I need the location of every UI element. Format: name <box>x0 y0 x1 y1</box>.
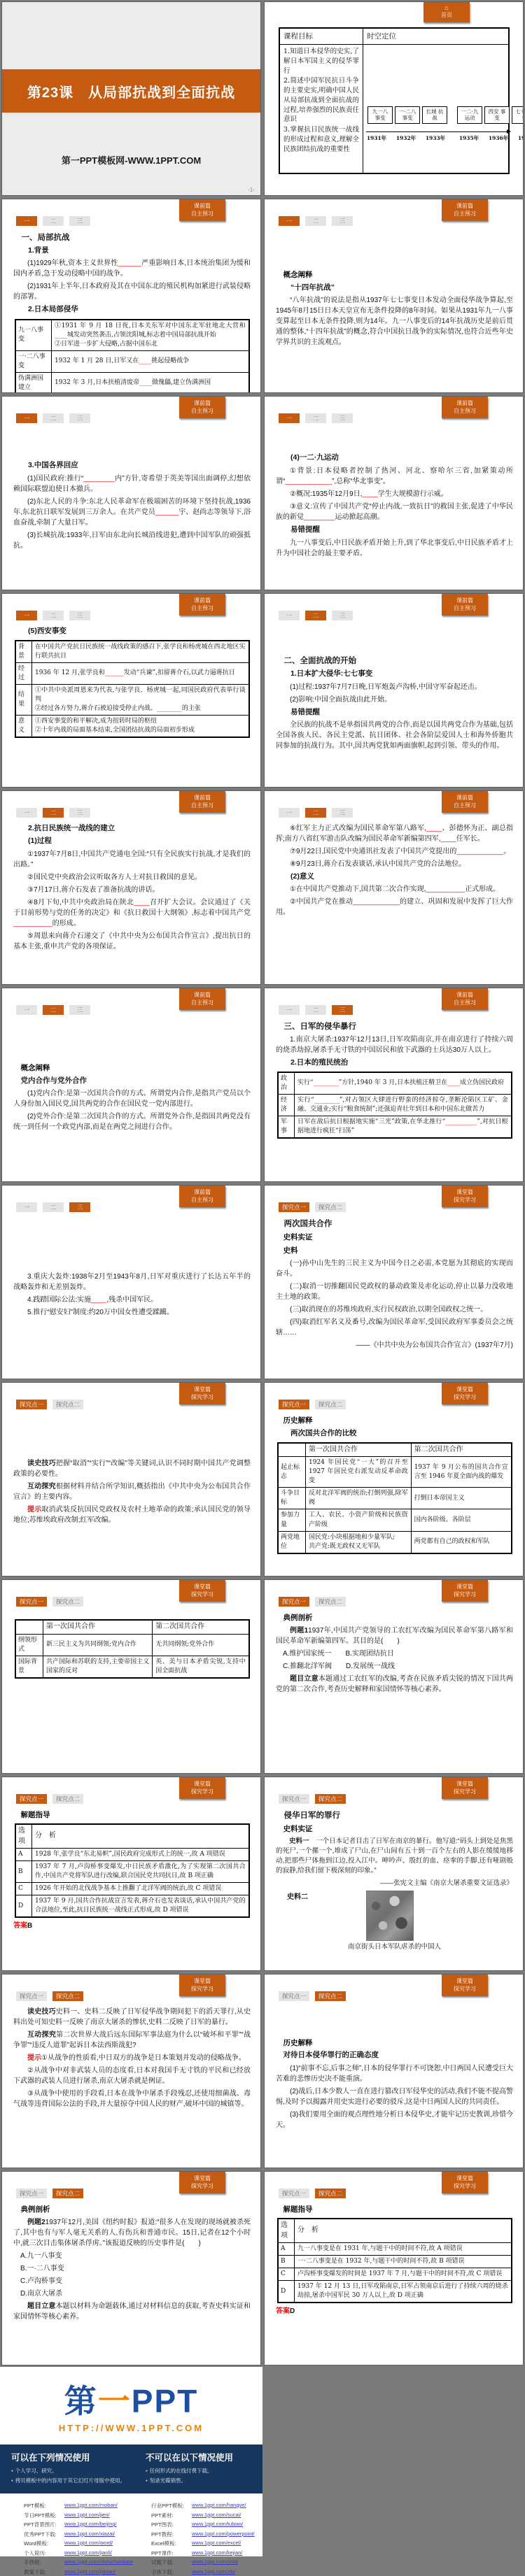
para: (2)1931年上半年,日本政府及其在中国东北的殖民机构加紧进行武装侵略的部署。 <box>13 281 251 302</box>
col-header-timeline: 时空定位 <box>363 28 510 45</box>
nav-tabs: 探究点一 探究点二 <box>279 1202 346 1212</box>
footer-link[interactable]: www.1ppt.com/jianli/ <box>64 2549 112 2557</box>
timeline-event: 七七 事变 <box>512 106 524 124</box>
para: (四)取消红军名义及番号,改编为国民革命军,受国民政府军事委员会之统辖…… <box>276 1317 513 1338</box>
tab-one[interactable]: 一 <box>16 808 37 818</box>
section-corner-tab[interactable]: 课堂篇探究学习 <box>179 1777 225 1799</box>
para: ①背景:日本侵略者控制了热河、河北、察哈尔三省,加紧策动所谓“_________… <box>276 466 513 487</box>
year: 1937年 <box>516 134 524 142</box>
para: ①1937年7月8日,中国共产党通电全国:“只有全民族实行抗战,才是我们的出路。… <box>13 849 251 870</box>
para: (3)长城抗战:1933年,日军由东北向长城沿线进犯,遭到中国军队的顽强抵抗。 <box>13 530 251 551</box>
year: 1931年 <box>365 134 388 142</box>
tab-three[interactable]: 三 <box>332 611 353 620</box>
section-corner-tab[interactable]: 课前篇自主预习 <box>179 199 225 221</box>
para: 5.推行“慰安妇”制度:约20万中国女性遭受蹂躏。 <box>13 1307 251 1318</box>
tab-explore-1[interactable]: 探究点一 <box>279 1991 309 2001</box>
slide-answer-guide-1: 课堂篇探究学习 探究点一 探究点二 解题指导 选项分 析 A1928 年,张学良… <box>1 1777 261 1971</box>
forbidden-title: 不可以在以下情况使用 <box>146 2451 254 2463</box>
para: 互动探究第二次世界大战后远东国际军事法庭为什么以“破坏和平罪”“战争罪”“违反人… <box>13 2030 251 2051</box>
year: 1932年 <box>394 134 418 142</box>
nav-tabs: 探究点一 探究点二 <box>279 1991 346 2001</box>
footer-link[interactable]: www.1ppt.com/shouchaobao/ <box>64 2559 133 2566</box>
subheading: 3.中国各界回应 <box>13 460 251 471</box>
material-two-row: 史料二 <box>276 1891 513 1941</box>
slide-xian-incident: 课前篇自主预习 一 二 三 (5)西安事变 背景在中国共产党抗日民族统一战线政策… <box>1 593 261 788</box>
tab-two[interactable]: 二 <box>43 413 64 423</box>
footer-link[interactable]: www.1ppt.com/sucai/ <box>192 2512 241 2519</box>
tab-one[interactable]: 一 <box>16 413 37 423</box>
slide-comparison-table-1: 课堂篇探究学习 探究点一 探究点二 历史解释 两次国共合作的比较 第一次国共合作… <box>264 1382 524 1577</box>
source-citation: ——张宪文主编《南京大屠杀重要文证选录》 <box>276 1879 513 1888</box>
subheading: (5)西安事变 <box>13 626 251 637</box>
timeline-event: 一·二八 事变 <box>395 106 420 124</box>
warning-tag: 易错提醒 <box>276 525 513 536</box>
tab-explore-2[interactable]: 探究点二 <box>315 1991 346 2001</box>
option: A.九一八事变 <box>13 2251 251 2261</box>
allowed-title: 可以在下列情况使用 <box>11 2451 130 2463</box>
tab-one[interactable]: 一 <box>16 611 37 620</box>
tab-one[interactable]: 一 <box>16 1005 37 1015</box>
para: ⑦9月22日,国民党中央通讯社发表了中国共产党提出的____________。 <box>276 846 513 857</box>
para: ⑤周恩来向蒋介石递交了《中共中央为公布国共合作宣言》,提出抗日的基本主张,重申共… <box>13 931 251 952</box>
answer-letter: B <box>27 1922 32 1930</box>
answer-line: 答案B <box>13 1921 251 1931</box>
photo-caption: 南京街头日本军队虐杀的中国人 <box>276 1942 513 1952</box>
subheading: 对待日本侵华罪行的正确态度 <box>276 2050 513 2061</box>
nav-tabs: 一 二 三 <box>279 1005 353 1015</box>
tab-explore-1[interactable]: 探究点一 <box>279 2189 309 2198</box>
material-tag: 史料 <box>276 1245 513 1255</box>
forbidden-item: 刻录光碟销售。 <box>146 2477 254 2484</box>
para: (2)战后,日本少数人一直在进行篡改日军侵华史的活动,我们不能不提高警惕,及时予… <box>276 2086 513 2107</box>
para: (一)孙中山先生的三民主义为中国今日之必需,本党愿为其彻底的实现而奋斗。 <box>276 1258 513 1279</box>
answer-line: 答案D <box>276 2306 513 2317</box>
footer-link[interactable]: www.1ppt.com/xiazai/ <box>64 2531 115 2538</box>
tab-explore-2[interactable]: 探究点二 <box>52 1794 83 1804</box>
site-logo: 第一PPT <box>0 2367 262 2417</box>
tab-three[interactable]: 三 <box>69 216 90 226</box>
footer-link[interactable]: www.1ppt.com/moban/ <box>64 2502 118 2510</box>
tab-one[interactable]: 一 <box>16 1202 37 1212</box>
example-tag: 典例剖析 <box>276 1612 513 1623</box>
slide-overview: ⌂ 首页 课程目标 时空定位 1.知道日本侵华的史实,了解日本军国主义的侵华罪行… <box>264 1 524 196</box>
heading: 两次国共合作 <box>276 1218 513 1229</box>
subheading: “十四年抗战” <box>276 283 513 294</box>
para: ⑥红军主力正式改编为国民革命军第八路军,____、彭德怀为正、副总指挥;南方八省… <box>276 823 513 844</box>
subheading: (2)意义 <box>276 871 513 883</box>
nav-tabs: 一 二 三 <box>16 413 90 423</box>
question-stem: 例题11937年,中国共产党领导的工农红军改编为国民革命军第八路军和国民革命军新… <box>276 1625 513 1646</box>
tab-three[interactable]: 三 <box>332 216 353 226</box>
timeline-event: 西安 事变 <box>484 106 510 124</box>
footer-link[interactable]: www.1ppt.com/ziti/ <box>192 2568 235 2576</box>
goal: 2.简述中国军民抗日斗争的主要史实,明确中国人民从局部抗战到全面抗战的过程,培养… <box>283 76 359 124</box>
timeline-cell: 九一八 事变 一·二八 事变 长城 抗战 一二·九 运动 西安 事变 七七 事变… <box>363 45 510 174</box>
footer-link[interactable]: www.1ppt.com/excel/ <box>192 2540 241 2547</box>
nav-tabs: 探究点一 探究点二 <box>16 1991 83 2001</box>
footer-link[interactable]: www.1ppt.com/jieri/ <box>64 2512 110 2519</box>
nav-tabs: 一 二 三 <box>279 413 353 423</box>
course-goals: 1.知道日本侵华的史实,了解日本军国主义的侵华罪行 2.简述中国军民抗日斗争的主… <box>279 45 363 174</box>
site-credit: 第一PPT模板网-WWW.1PPT.COM <box>2 153 260 166</box>
footer-link[interactable]: www.1ppt.com/powerpoint/ <box>192 2531 255 2538</box>
year: 1936年 <box>486 134 510 142</box>
footer-link[interactable]: www.1ppt.com/hangye/ <box>192 2502 246 2510</box>
nav-tabs: 一 二 三 <box>16 216 90 226</box>
para: (三)取消现在的苏维埃政府,实行民权政治,以期全国政权之统一。 <box>276 1304 513 1315</box>
nav-tabs: 一 二 三 <box>16 808 90 818</box>
guide-tag: 解题指导 <box>13 1809 251 1820</box>
evidence-tag: 史料实证 <box>276 1823 513 1834</box>
timeline-event: 一二·九 运动 <box>457 106 482 124</box>
slide-local-resistance: 课前篇自主预习 一 二 三 一、局部抗战 1.背景 (1)1929年秋,资本主义… <box>1 199 261 393</box>
tab-three[interactable]: 三 <box>69 611 90 620</box>
section-corner-tab[interactable]: 课前篇自主预习 <box>179 594 225 615</box>
colonial-rule-table: 政治实行“________”方针,1940 年 3 月,日本扶植汪精卫在____… <box>277 1072 512 1139</box>
nav-tabs: 一 二 三 <box>279 808 353 818</box>
tab-three[interactable]: 三 <box>332 413 353 423</box>
para: 读史技巧把握“取消”“实行”“改编”等关键词,认识不同时期中国共产党调整政策的必… <box>13 1458 251 1479</box>
footer-link[interactable]: www.1ppt.com/kejian/ <box>192 2549 243 2557</box>
section-corner-tab[interactable]: 课堂篇探究学习 <box>442 1383 488 1404</box>
heading: 三、日军的侵华暴行 <box>276 1020 513 1032</box>
slide-attitude: 课堂篇探究学习 探究点一 探究点二 历史解释 对待日本侵华罪行的正确态度 (1)… <box>264 1974 524 2168</box>
tab-three[interactable]: 三 <box>332 1005 353 1015</box>
para: (3)我们要用全面的观点理性地分析日本侵华史,才能牢记历史教训,珍惜今天。 <box>276 2109 513 2130</box>
forbidden-item: 任何形式的在线付费下载。 <box>146 2467 254 2475</box>
slide-united-front-2: 课前篇自主预习 一 二 三 ⑥红军主力正式改编为国民革命军第八路军,____、彭… <box>264 790 524 985</box>
tab-explore-1[interactable]: 探究点一 <box>16 1597 47 1607</box>
tab-explore-2[interactable]: 探究点二 <box>52 1991 83 2001</box>
concept-tag: 概念阐释 <box>276 269 513 280</box>
hint-para: 提示①从战争的性质看,中日双方的战争是日本策划并发动的侵略战争。 <box>13 2053 251 2063</box>
subheading: 1.日本扩大侵华:七七事变 <box>276 669 513 680</box>
tab-explore-1[interactable]: 探究点一 <box>16 1794 47 1804</box>
para: 读史技巧史料一、史料二反映了日军侵华战争期间犯下的滔天罪行,从史料出处可知史料一… <box>13 2007 251 2028</box>
title-band: 第23课 从局部抗战到全面抗战 <box>2 69 260 113</box>
nav-tabs: 一 二 三 <box>279 216 353 226</box>
col-header-goals: 课程目标 <box>279 28 363 45</box>
site-url[interactable]: HTTP://WWW.1PPT.COM <box>0 2423 262 2433</box>
para: “八年抗战”的说法是指从1937年七七事变日本发动全面侵华战争算起,至1945年… <box>276 295 513 348</box>
page-number: -1- <box>248 187 255 193</box>
nav-tabs: 探究点一 探究点二 <box>16 1597 83 1607</box>
tab-three[interactable]: 三 <box>69 413 90 423</box>
hint-para: 提示取消武装反抗国民党政权及农村土地革命的政策;承认国民党的领导地位;苏维埃政府… <box>13 1504 251 1525</box>
slide-japanese-crimes: 课堂篇探究学习 探究点一 探究点二 侵华日军的罪行 史料实证 史料一 一个日本记… <box>264 1777 524 1971</box>
tab-two[interactable]: 二 <box>43 611 64 620</box>
allowed-item: 拷贝模板中的内容用于其它幻灯片母版中使用。 <box>11 2477 130 2484</box>
goal: 1.知道日本侵华的史实,了解日本军国主义的侵华罪行 <box>283 47 359 76</box>
question-stem: 例题21937年12月,美国《纽约时报》报道:“很多人在发现的现场就被杀死了,其… <box>13 2217 251 2249</box>
intent-para: 题目立意本题以材料为命题载体,通过对材料信息的获取,考查史料实证和家国情怀等核心… <box>13 2301 251 2322</box>
guide-tag: 解题指导 <box>276 2204 513 2214</box>
slide-dec9-movement: 课前篇自主预习 一 二 三 (4)一二·九运动 ①背景:日本侵略者控制了热河、河… <box>264 396 524 590</box>
slide-reading-skill-1: 课堂篇探究学习 探究点一 探究点二 读史技巧把握“取消”“实行”“改编”等关键词… <box>1 1382 261 1577</box>
site-footer: 第一PPT HTTP://WWW.1PPT.COM 可以在下列情况使用 个人学习… <box>0 2367 262 2556</box>
tab-two[interactable]: 二 <box>43 808 64 818</box>
material-para: 史料一 一个日本记者目击了日军在南京的暴行。他写道:“码头上到处是焦黑的死尸,一… <box>276 1837 513 1877</box>
option: B.一·二八事变 <box>13 2263 251 2274</box>
section-corner-tab[interactable]: 课前篇自主预习 <box>442 397 488 418</box>
slide-example-2: 课堂篇探究学习 探究点一 探究点二 典例剖析 例题21937年12月,美国《纽约… <box>1 2171 261 2365</box>
section-corner-tab[interactable]: 课堂篇探究学习 <box>179 1383 225 1404</box>
nav-tabs: 探究点一 探究点二 <box>16 1400 83 1409</box>
warning-tag: 易错提醒 <box>276 707 513 718</box>
heading: 二、全面抗战的开始 <box>276 655 513 666</box>
footer-links: PPT模板:www.1ppt.com/moban/ 节日PPT模板:www.1p… <box>0 2493 262 2576</box>
interpretation-tag: 历史解释 <box>276 1415 513 1425</box>
home-icon: ⌂ <box>428 5 465 11</box>
slide-title: 第23课 从局部抗战到全面抗战 第一PPT模板网-WWW.1PPT.COM -1… <box>1 1 261 196</box>
section-corner-tab[interactable]: 课堂篇探究学习 <box>442 1186 488 1207</box>
para: (1)“前事不忘,后事之师”,日本的侵华罪行不可饶恕,中日两国人民遭受巨大苦难的… <box>276 2063 513 2084</box>
tab-explore-1[interactable]: 探究点一 <box>279 1794 309 1804</box>
tab-explore-1[interactable]: 探究点一 <box>16 1991 47 2001</box>
nav-tabs: 探究点一 探究点二 <box>16 2189 83 2198</box>
slide-answer-guide-2: 课堂篇探究学习 探究点一 探究点二 解题指导 选项分 析 A九一八事变是在 19… <box>264 2171 524 2365</box>
interpretation-tag: 历史解释 <box>276 2037 513 2048</box>
options-row: A.维护国家统一 B.实现团结抗日 <box>276 1649 513 1659</box>
tab-explore-2[interactable]: 探究点二 <box>315 2189 346 2198</box>
slide-two-cooperations-material: 课堂篇探究学习 探究点一 探究点二 两次国共合作 史料实证 史料 (一)孙中山先… <box>264 1185 524 1379</box>
timeline-event: 长城 抗战 <box>422 106 447 124</box>
example-tag: 典例剖析 <box>13 2204 251 2214</box>
tab-two[interactable]: 二 <box>43 1202 64 1212</box>
section-corner-tab[interactable]: 课堂篇探究学习 <box>442 2172 488 2193</box>
tab-three[interactable]: 三 <box>69 1202 90 1212</box>
subheading: (4)一二·九运动 <box>276 453 513 464</box>
section-corner-tab[interactable]: 课堂篇探究学习 <box>442 1974 488 1996</box>
tab-three[interactable]: 三 <box>332 808 353 818</box>
footer-link[interactable]: www.1ppt.com/jiaoan/ <box>64 2568 115 2576</box>
nav-tabs: 一 二 三 <box>16 1005 90 1015</box>
allowed-item: 个人学习、研究。 <box>11 2467 130 2475</box>
para: (2)影响:中国全面抗战由此开始。 <box>276 695 513 705</box>
tab-one[interactable]: 一 <box>279 413 300 423</box>
nav-tabs: 探究点一 探究点二 <box>279 2189 346 2198</box>
section-corner-tab[interactable]: 课堂篇探究学习 <box>179 1580 225 1602</box>
subheading: 1.背景 <box>13 245 251 257</box>
tab-two[interactable]: 二 <box>305 413 326 423</box>
tab-explore-2[interactable]: 探究点二 <box>315 1202 346 1212</box>
slide-concept-cooperation: 课前篇自主预习 一 二 三 概念阐释 党内合作与党外合作 (1)党内合作:是第一… <box>1 988 261 1182</box>
goal: 3.掌握抗日民族统一战线的形成过程和意义,理解全民族团结抗战的重要性 <box>283 125 359 154</box>
tab-explore-2[interactable]: 探究点二 <box>52 1400 83 1409</box>
overview-table: 课程目标 时空定位 1.知道日本侵华的史实,了解日本军国主义的侵华罪行 2.简述… <box>279 27 510 174</box>
events-table: 九一八事变①1931 年 9 月 18 日夜,日本关东军对中国东北军驻地北大营和… <box>15 319 250 394</box>
para: ②中国共产党在推动____________的建立、巩固和发展中发挥了巨大作用。 <box>276 897 513 918</box>
tab-two[interactable]: 二 <box>305 216 326 226</box>
footer-link[interactable]: www.1ppt.com/word/ <box>64 2540 113 2547</box>
slide-comparison-table-2: 课堂篇探究学习 探究点一 探究点二 第一次国共合作第二次国共合作 纲领形式新三民… <box>1 1579 261 1774</box>
section-corner-tab[interactable]: 课前篇自主预习 <box>442 594 488 615</box>
para: ①在中国共产党推动下,国共第二次合作实现,__________正式形成。 <box>276 884 513 895</box>
tab-one[interactable]: 一 <box>279 216 300 226</box>
timeline: 九一八 事变 一·二八 事变 长城 抗战 一二·九 运动 西安 事变 七七 事变 <box>367 106 524 124</box>
section-corner-tab[interactable]: 课堂篇探究学习 <box>179 1974 225 1996</box>
nav-tabs: 一 二 三 <box>279 611 353 620</box>
para: (1)国民政府:推行“________内”方针,寄希望于英美等国出面调停,幻想依… <box>13 474 251 494</box>
timeline-years: 1931年 1932年 1933年 1935年 1936年 1937年 <box>365 134 524 142</box>
tab-two[interactable]: 二 <box>43 216 64 226</box>
subheading: 2.日本局部侵华 <box>13 304 251 315</box>
subheading: 2.日本的殖民统治 <box>276 1058 513 1069</box>
timeline-event: 九一八 事变 <box>367 106 393 124</box>
answer-letter: D <box>290 2307 295 2315</box>
section-corner-tab[interactable]: 课堂篇探究学习 <box>179 2172 225 2193</box>
answer-analysis-table: 选项分 析 A1928 年,张学良“东北易帜”,国民政府完成形式上的统一,故 A… <box>15 1823 250 1918</box>
slide-preview-grid: 第23课 从局部抗战到全面抗战 第一PPT模板网-WWW.1PPT.COM -1… <box>0 0 525 2367</box>
slide-reading-skill-2: 课堂篇探究学习 探究点一 探究点二 读史技巧史料一、史料二反映了日军侵华战争期间… <box>1 1974 261 2168</box>
nav-tabs: 一 二 三 <box>16 611 90 620</box>
xian-table: 背景在中国共产党抗日民族统一战线政策的感召下,张学良和杨虎城在西北地区实行联共抗… <box>15 640 250 738</box>
nav-tabs: 探究点一 探究点二 <box>279 1794 346 1804</box>
material-label: 史料二 <box>287 1891 308 1901</box>
source-citation: ——《中共中央为公布国共合作宣言》(1937年7月) <box>276 1340 513 1351</box>
slide-concept-14yr: 课前篇自主预习 一 二 三 概念阐释 “十四年抗战” “八年抗战”的说法是指从1… <box>264 199 524 393</box>
para: ②从战争中对非武装人员的态度看,日本对我国手无寸铁的平民和已经放下武器的武装人员… <box>13 2065 251 2086</box>
section-corner-tab[interactable]: 课前篇自主预习 <box>442 199 488 221</box>
nav-tabs: 探究点一 探究点二 <box>279 1400 346 1409</box>
nav-tabs: 探究点一 探究点二 <box>279 1597 346 1607</box>
comparison-table: 第一次国共合作第二次国共合作 起止标志1924 年国民党“一大”的召开至 192… <box>277 1442 512 1554</box>
subheading: 两次国共合作的比较 <box>276 1428 513 1439</box>
para: (1)1929年秋,资本主义世界性______严重影响日本,日本统治集团为缓和国… <box>13 258 251 279</box>
slide-atrocities: 课前篇自主预习 一 二 三 三、日军的侵华暴行 1.南京大屠杀:1937年12月… <box>264 988 524 1182</box>
footer-link[interactable]: www.1ppt.com/tubiao/ <box>192 2521 243 2528</box>
evidence-tag: 史料实证 <box>276 1232 513 1242</box>
tab-explore-1[interactable]: 探究点一 <box>279 1400 309 1409</box>
nav-tabs: 探究点一 探究点二 <box>16 1794 83 1804</box>
slide-full-war-begins: 课前篇自主预习 一 二 三 二、全面抗战的开始 1.日本扩大侵华:七七事变 (1… <box>264 593 524 788</box>
option: D.南京大屠杀 <box>13 2289 251 2299</box>
section-corner-tab[interactable]: 课堂篇探究学习 <box>442 1580 488 1602</box>
section-corner-tab[interactable]: 课前篇自主预习 <box>442 988 488 1010</box>
historical-photo <box>366 1891 414 1941</box>
tab-two[interactable]: 二 <box>43 1005 64 1015</box>
para: ②国民党中央政治会议听取各方人士对抗日救国的意见。 <box>13 872 251 883</box>
para: 九一八事变后,中日民族矛盾开始上升,到了华北事变后,中日民族矛盾才上升为中国社会… <box>276 538 513 559</box>
para: 3.重庆大轰炸:1938年2月至1943年8月,日军对重庆进行了长达五年半的战略… <box>13 1272 251 1293</box>
para: ⑧9月23日,蒋介石发表谈话,承认中国共产党的合法地位。 <box>276 859 513 869</box>
tab-two[interactable]: 二 <box>305 1005 326 1015</box>
para: ②概况:1935年12月9日,____学生大规模游行示威。 <box>276 489 513 499</box>
tab-explore-1[interactable]: 探究点一 <box>16 2189 47 2198</box>
para: 1.南京大屠杀:1937年12月13日,日军攻陷南京,并在南京进行了持续六周的烧… <box>276 1034 513 1055</box>
tab-explore-2[interactable]: 探究点二 <box>52 2189 83 2198</box>
home-label: 首页 <box>428 11 465 19</box>
answer-analysis-table: 选项分 析 A九一八事变是在 1931 年,与题干中的时间不符,故 A 项错误 … <box>277 2218 512 2303</box>
timeline-axis-arrow <box>366 131 509 132</box>
section-corner-tab[interactable]: 课前篇自主预习 <box>179 988 225 1010</box>
slide-atrocities-2: 课前篇自主预习 一 二 三 3.重庆大轰炸:1938年2月至1943年8月,日军… <box>1 1185 261 1379</box>
slide-example-1: 课堂篇探究学习 探究点一 探究点二 典例剖析 例题11937年,中国共产党领导的… <box>264 1579 524 1774</box>
section-corner-tab[interactable]: 课前篇自主预习 <box>179 397 225 418</box>
tab-explore-2[interactable]: 探究点二 <box>315 1794 346 1804</box>
footer-link[interactable]: www.1ppt.com/beijing/ <box>64 2521 117 2528</box>
section-corner-tab[interactable]: 课前篇自主预习 <box>179 791 225 813</box>
para: (2)党外合作:是第二次国共合作的方式。所谓党外合作,是指国共两党没有统一到任何… <box>13 1111 251 1132</box>
options-row: C.推翻北洋军阀 D.发展统一战线 <box>276 1661 513 1672</box>
home-corner-tab[interactable]: ⌂ 首页 <box>423 2 470 22</box>
para: ③从战争中使用的手段看,日本在战争中屠杀手段残忍,还使用细菌战、毒气战等违背国际… <box>13 2088 251 2109</box>
subheading: 党内合作与党外合作 <box>13 1076 251 1087</box>
year: 1935年 <box>457 134 481 142</box>
slide-responses: 课前篇自主预习 一 二 三 3.中国各界回应 (1)国民政府:推行“______… <box>1 396 261 590</box>
tab-one[interactable]: 一 <box>279 808 300 818</box>
para: 4.践踏国际公法:实施____,残杀中国军民。 <box>13 1295 251 1305</box>
tab-three[interactable]: 三 <box>69 1005 90 1015</box>
para: 全民族的抗战不是单指国共两党的合作,而是以国共两党合作为基础,包括全国各族人民、… <box>276 720 513 751</box>
tab-explore-1[interactable]: 探究点一 <box>279 1202 309 1212</box>
usage-terms-band: 可以在下列情况使用 个人学习、研究。 拷贝模板中的内容用于其它幻灯片母版中使用。… <box>0 2445 262 2493</box>
para: (1)过程:1937年7月7日晚,日军炮轰卢沟桥,中国守军奋起还击。 <box>276 682 513 692</box>
para: ③7月17日,蒋介石发表了准备抗战的讲话。 <box>13 885 251 895</box>
tab-explore-2[interactable]: 探究点二 <box>315 1597 346 1607</box>
footer-link[interactable]: www.1ppt.com/shiti/ <box>192 2559 238 2566</box>
tab-explore-1[interactable]: 探究点一 <box>16 1400 47 1409</box>
subheading: (1)过程 <box>13 836 251 847</box>
comparison-table-cont: 第一次国共合作第二次国共合作 纲领形式新三民主义为共同纲领;党内合作无共同纲领;… <box>15 1619 250 1679</box>
slide-united-front-1: 课前篇自主预习 一 二 三 2.抗日民族统一战线的建立 (1)过程 ①1937年… <box>1 790 261 985</box>
section-corner-tab[interactable]: 课前篇自主预习 <box>179 1186 225 1207</box>
tab-explore-1[interactable]: 探究点一 <box>279 1597 309 1607</box>
para: 互动探究根据材料并结合所学知识,概括指出《中共中央为公布国共合作宣言》的主要内容… <box>13 1481 251 1502</box>
tab-one[interactable]: 一 <box>16 216 37 226</box>
para: ③意义:宣传了中国共产党“停止内战,一致抗日”的救国主张,促进了中华民族的新觉_… <box>276 501 513 522</box>
concept-tag: 概念阐释 <box>13 1062 251 1073</box>
tab-two[interactable]: 二 <box>305 611 326 620</box>
tab-one[interactable]: 一 <box>279 1005 300 1015</box>
tab-three[interactable]: 三 <box>69 808 90 818</box>
section-corner-tab[interactable]: 课前篇自主预习 <box>442 791 488 813</box>
tab-explore-2[interactable]: 探究点二 <box>52 1597 83 1607</box>
tab-two[interactable]: 二 <box>305 808 326 818</box>
para: (二)取消一切推翻国民党政权的暴动政策及赤化运动,停止以暴力没收地主土地的政策。 <box>276 1281 513 1302</box>
nav-tabs: 一 二 三 <box>16 1202 90 1212</box>
tab-one[interactable]: 一 <box>279 611 300 620</box>
para: ④8月下旬,中共中央政治局在陕北____召开扩大会议。会议通过了《关于目前形势与… <box>13 897 251 929</box>
option: C.卢沟桥事变 <box>13 2276 251 2286</box>
intent-para: 题目立意本题通过工农红军的改编,考查在民族矛盾尖锐的情况下国共两党的第二次合作,… <box>276 1674 513 1695</box>
section-corner-tab[interactable]: 课堂篇探究学习 <box>442 1777 488 1799</box>
tab-explore-2[interactable]: 探究点二 <box>315 1400 346 1409</box>
year: 1933年 <box>423 134 447 142</box>
lesson-title: 第23课 从局部抗战到全面抗战 <box>27 81 235 101</box>
para: (2)东北人民的斗争:东北人民革命军在极端困苦的环境下坚持抗战,1936年,东北… <box>13 497 251 528</box>
heading: 一、局部抗战 <box>13 232 251 243</box>
subheading: 2.抗日民族统一战线的建立 <box>13 823 251 834</box>
para: (1)党内合作:是第一次国共合作的方式。所谓党内合作,是指共产党员以个人身份加入… <box>13 1088 251 1109</box>
heading: 侵华日军的罪行 <box>276 1809 513 1821</box>
